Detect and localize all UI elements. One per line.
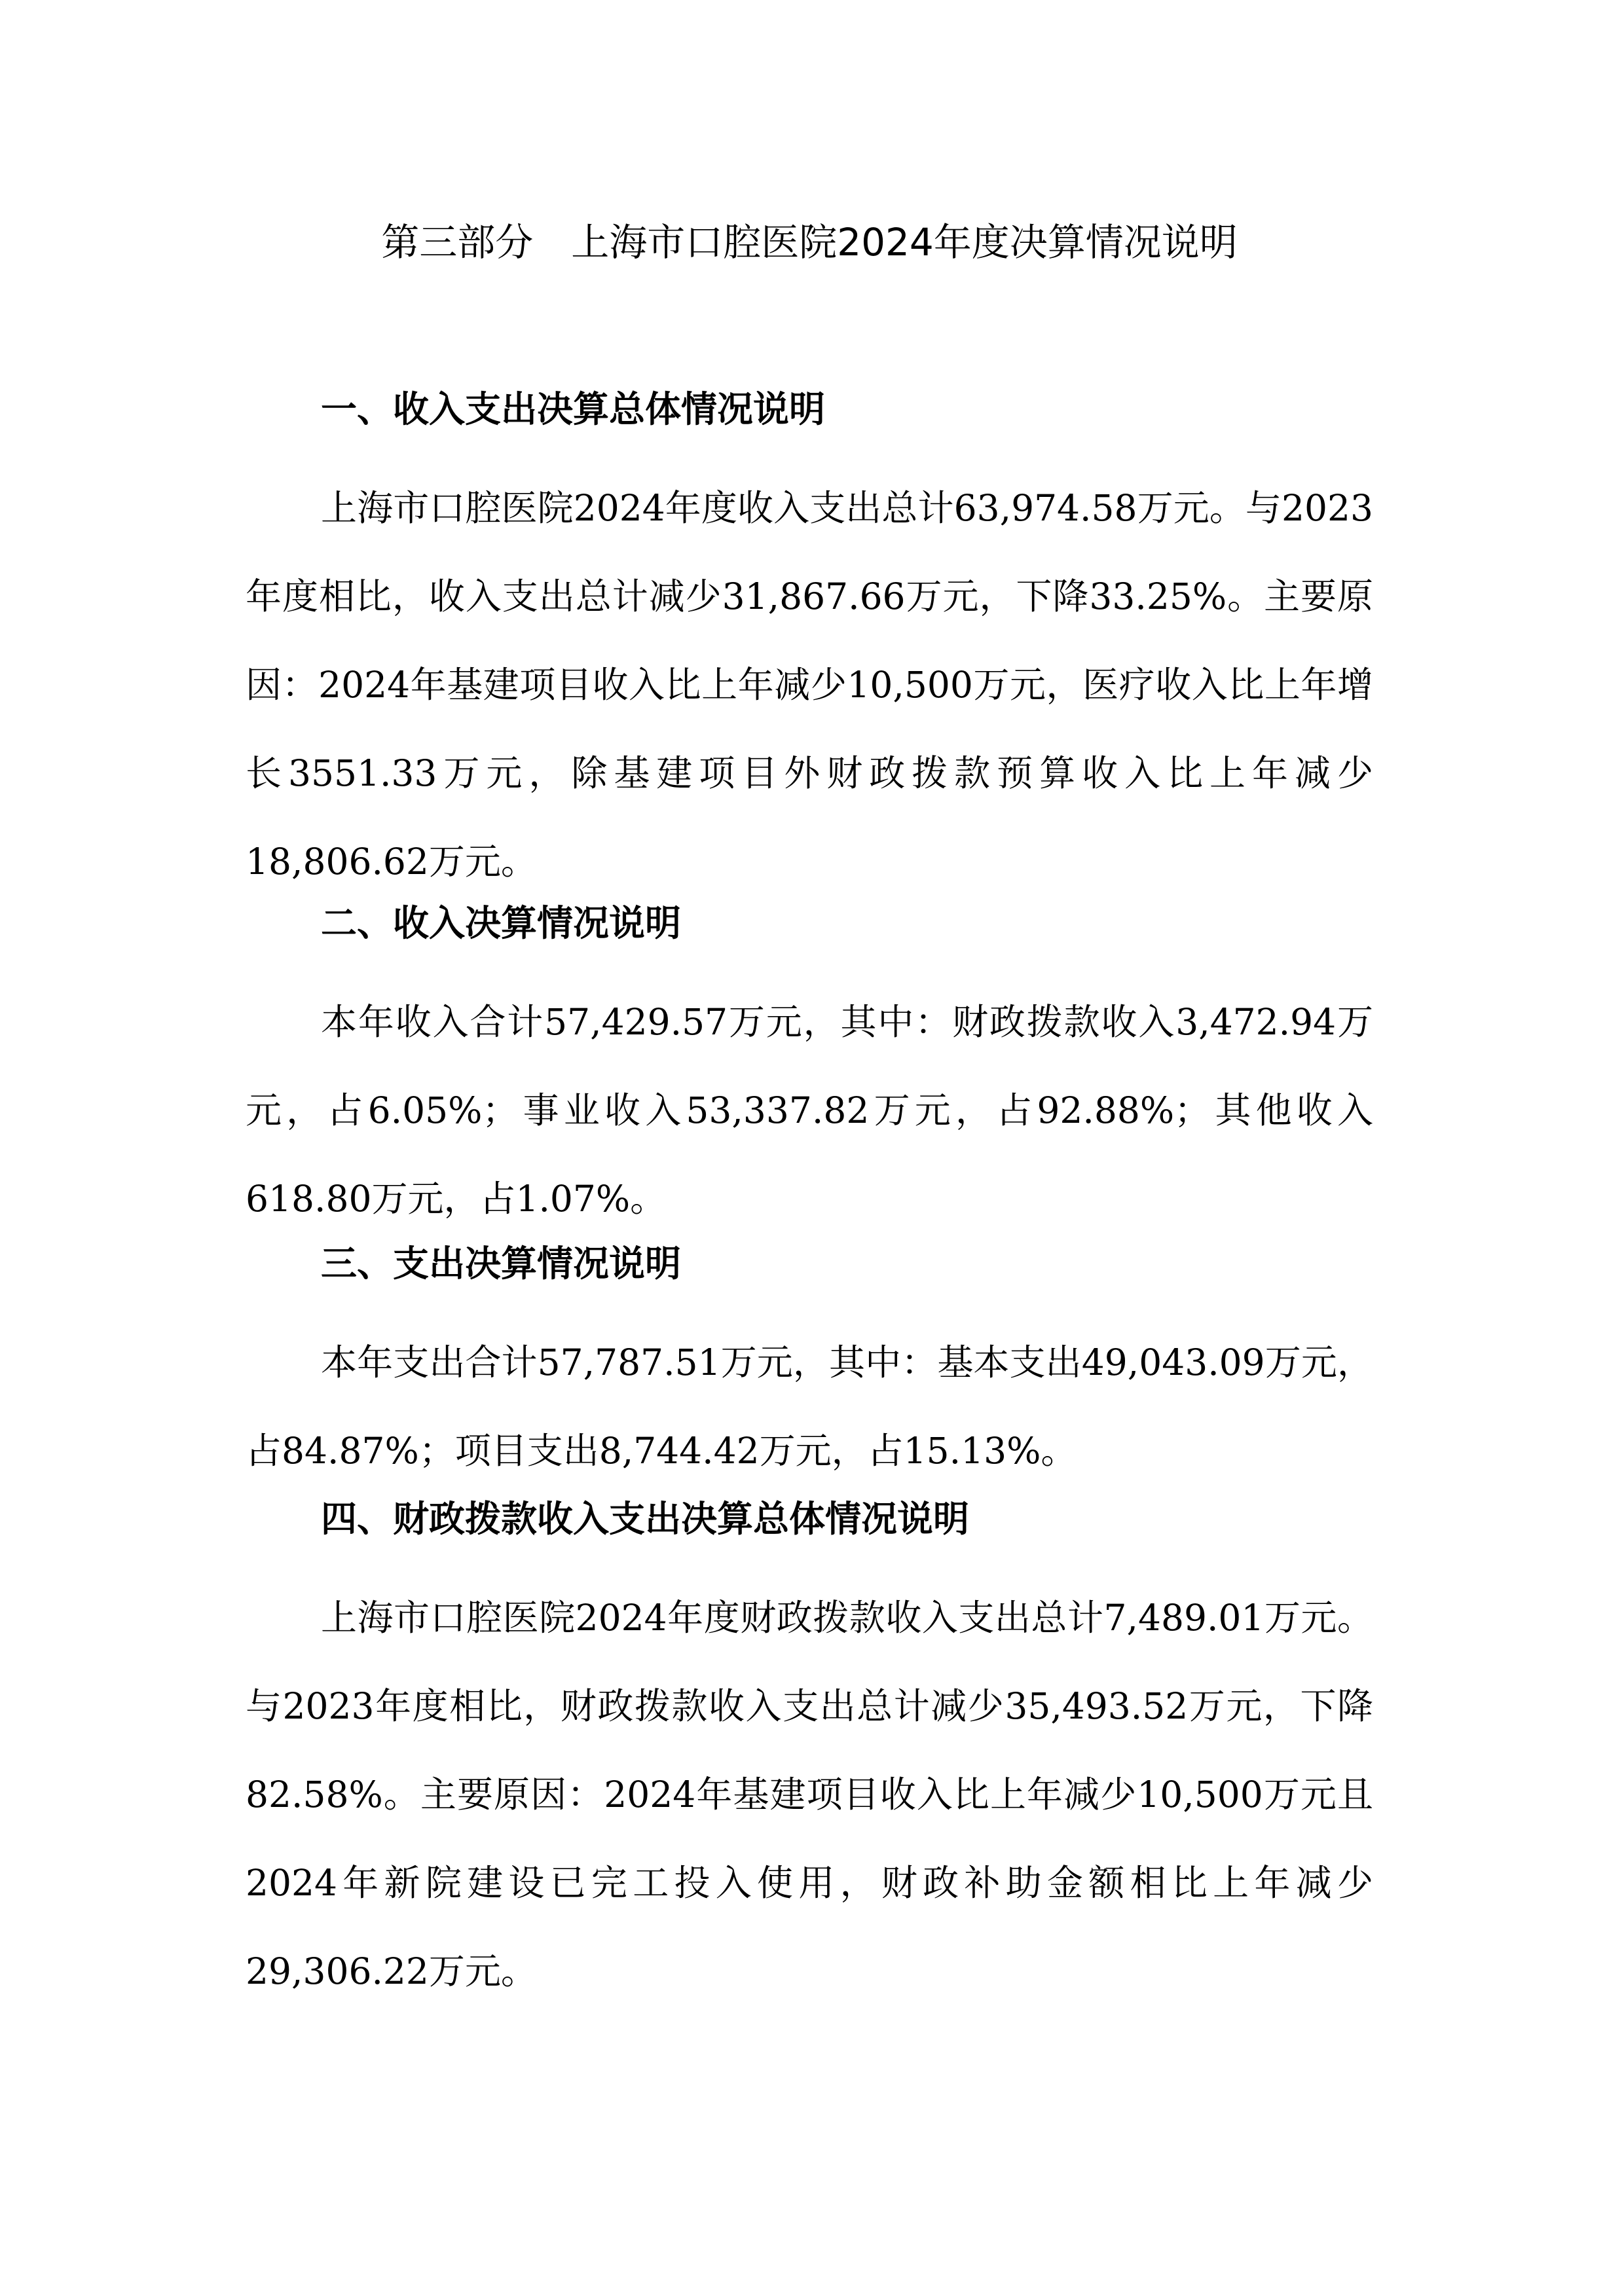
section-overall-income-expenditure: 一、收入支出决算总体情况说明 上海市口腔医院2024年度收入支出总计63,974… <box>246 376 1373 906</box>
section-heading: 三、支出决算情况说明 <box>246 1231 1373 1296</box>
section-income: 二、收入决算情况说明 本年收入合计57,429.57万元，其中：财政拨款收入3,… <box>246 890 1373 1243</box>
section-heading: 一、收入支出决算总体情况说明 <box>246 376 1373 442</box>
page-title: 第三部分 上海市口腔医院2024年度决算情况说明 <box>246 210 1373 275</box>
section-paragraph: 上海市口腔医院2024年度财政拨款收入支出总计7,489.01万元。与2023年… <box>246 1574 1373 2016</box>
section-heading: 二、收入决算情况说明 <box>246 890 1373 956</box>
section-paragraph: 本年支出合计57,787.51万元，其中：基本支出49,043.09万元，占84… <box>246 1319 1373 1495</box>
section-heading: 四、财政拨款收入支出决算总体情况说明 <box>246 1486 1373 1552</box>
section-expenditure: 三、支出决算情况说明 本年支出合计57,787.51万元，其中：基本支出49,0… <box>246 1231 1373 1495</box>
section-paragraph: 本年收入合计57,429.57万元，其中：财政拨款收入3,472.94万元，占6… <box>246 978 1373 1243</box>
section-paragraph: 上海市口腔医院2024年度收入支出总计63,974.58万元。与2023年度相比… <box>246 464 1373 906</box>
section-fiscal-appropriation: 四、财政拨款收入支出决算总体情况说明 上海市口腔医院2024年度财政拨款收入支出… <box>246 1486 1373 2016</box>
